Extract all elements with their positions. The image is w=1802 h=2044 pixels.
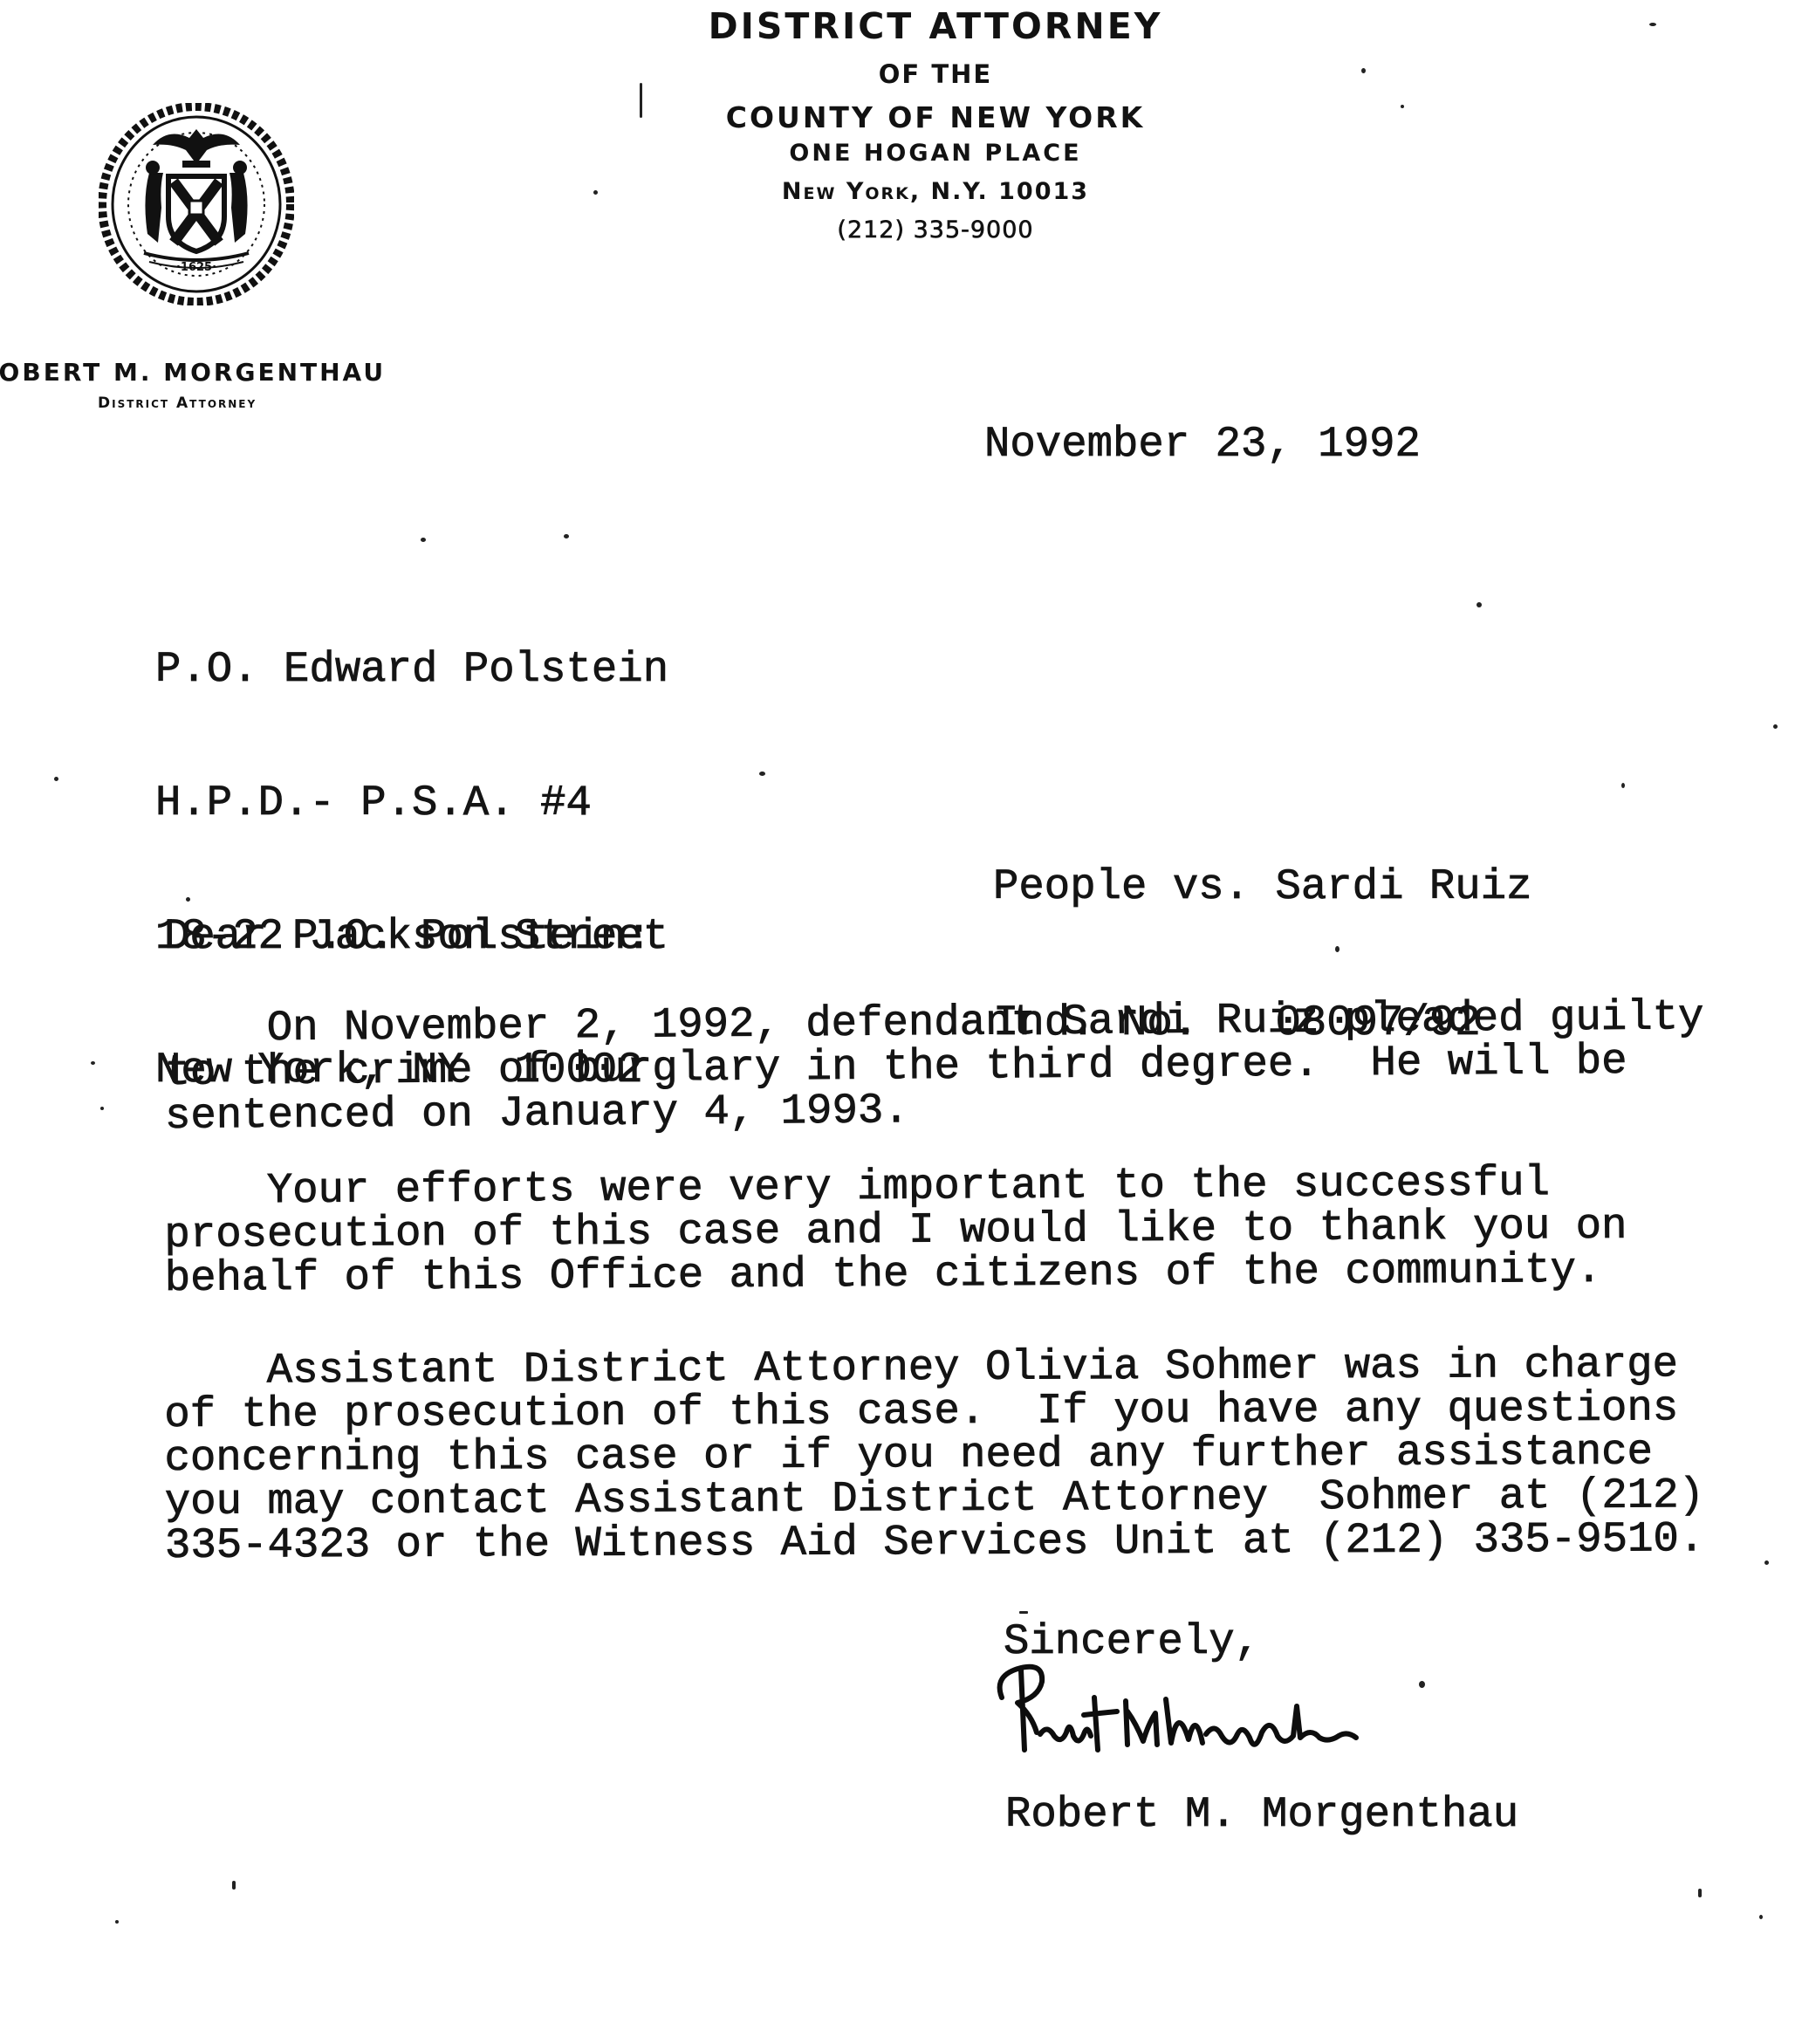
body-line: behalf of this Office and the citizens o… [165,1248,1627,1300]
scan-speck [1621,783,1625,788]
scan-speck [115,1920,119,1924]
body-paragraph: On November 2, 1992, defendant Sardi Rui… [164,995,1704,1138]
scan-speck [421,538,426,542]
scan-speck [1698,1889,1702,1897]
letter-date: November 23, 1992 [984,422,1421,466]
body-line: 335-4323 or the Witness Aid Services Uni… [165,1517,1704,1567]
scan-speck [1764,1560,1769,1565]
city-seal-icon: ·1625· [99,103,294,305]
sender-name: ROBERT M. MORGENTHAU [0,358,386,387]
scan-speck [1019,1611,1028,1614]
scan-speck [186,897,190,902]
letterhead-title: DISTRICT ATTORNEY [0,5,1802,47]
scan-speck [1477,602,1482,607]
body-paragraph: Your efforts were very important to the … [164,1161,1627,1300]
scan-speck [1419,1681,1425,1688]
scan-speck [1649,23,1656,26]
salutation: Dear P.O. Polstein: [164,915,652,958]
scan-speck [564,534,569,538]
scan-speck [1335,946,1340,952]
scan-speck [232,1881,236,1890]
handwritten-signature-icon [986,1663,1361,1759]
recipient-line: P.O. Edward Polstein [155,648,668,692]
scan-speck [54,777,58,781]
reference-line: People vs. Sardi Ruiz [993,864,1532,909]
seal-year: ·1625· [176,261,216,274]
recipient-line: H.P.D.- P.S.A. #4 [155,781,668,826]
scan-speck [593,190,598,195]
scan-speck [759,772,765,776]
scan-speck [1361,68,1366,73]
scan-speck [1773,724,1778,729]
scan-speck [1759,1915,1763,1919]
scan-speck [91,1061,95,1065]
sender-title: District Attorney [98,394,257,412]
scan-speck [1401,105,1404,108]
scan-speck [100,1107,104,1110]
letterhead-of-the: OF THE [0,59,1802,89]
body-paragraph: Assistant District Attorney Olivia Sohme… [164,1342,1704,1567]
body-line: to the crime of burglary in the third de… [164,1039,1704,1094]
closing: Sincerely, [1004,1620,1260,1663]
scan-speck [640,83,642,118]
signer-name: Robert M. Morgenthau [1005,1793,1518,1836]
